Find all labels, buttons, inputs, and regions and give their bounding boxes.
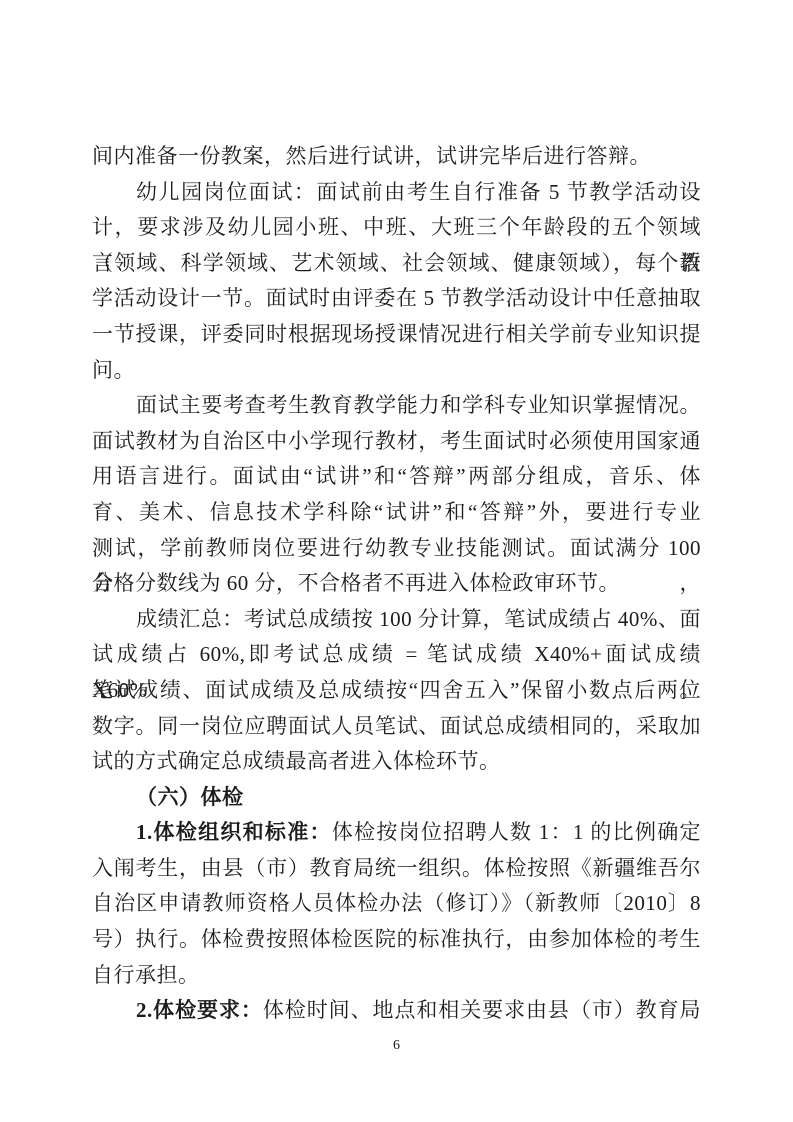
body-text-segment: 幼儿园岗位面试：面试前由考生自行准备 5 节教学活动设 (136, 180, 701, 204)
text-line: 面试教材为自治区中小学现行教材，考生面试时必须使用国家通 (92, 424, 701, 460)
body-text-segment: 入闱考生，由县（市）教育局统一组织。体检按照《新疆维吾尔 (92, 856, 701, 880)
body-text-segment: 间内准备一份教案，然后进行试讲，试讲完毕后进行答辩。 (92, 144, 651, 168)
text-line: 言领域、科学领域、艺术领域、社会领域、健康领域），每个教 (92, 246, 701, 282)
document-page: 间内准备一份教案，然后进行试讲，试讲完毕后进行答辩。幼儿园岗位面试：面试前由考生… (0, 0, 793, 1122)
text-line: 育、美术、信息技术学科除“试讲”和“答辩”外，要进行专业 (92, 495, 701, 531)
body-text-segment: 试的方式确定总成绩最高者进入体检环节。 (92, 749, 501, 773)
text-line: （六）体检 (92, 780, 701, 816)
text-line: 笔试成绩、面试成绩及总成绩按“四舍五入”保留小数点后两位 (92, 673, 701, 709)
body-text-segment: 自治区申请教师资格人员体检办法（修订）》（新教师〔2010〕8 (92, 891, 701, 915)
body-text-segment: 笔试成绩、面试成绩及总成绩按“四舍五入”保留小数点后两位 (92, 678, 701, 702)
body-text-segment: 自行承担。 (92, 963, 200, 987)
body-text-segment: 数字。同一岗位应聘面试人员笔试、面试总成绩相同的，采取加 (92, 714, 701, 738)
text-line: 号）执行。体检费按照体检医院的标准执行，由参加体检的考生 (92, 922, 701, 958)
text-line: 成绩汇总：考试总成绩按 100 分计算，笔试成绩占 40%、面 (92, 602, 701, 638)
text-line: 数字。同一岗位应聘面试人员笔试、面试总成绩相同的，采取加 (92, 709, 701, 745)
text-line: 自行承担。 (92, 958, 701, 994)
body-text-segment: 育、美术、信息技术学科除“试讲”和“答辩”外，要进行专业 (92, 500, 701, 524)
text-line: 试的方式确定总成绩最高者进入体检环节。 (92, 744, 701, 780)
body-text-segment: 学活动设计一节。面试时由评委在 5 节教学活动设计中任意抽取 (92, 286, 701, 310)
text-line: 2.体检要求：体检时间、地点和相关要求由县（市）教育局 (92, 993, 701, 1029)
body-text-segment: 问。 (92, 358, 135, 382)
bold-text: 1.体检组织和标准： (136, 820, 332, 844)
body-text-segment: 合格分数线为 60 分，不合格者不再进入体检政审环节。 (92, 571, 620, 595)
document-body: 间内准备一份教案，然后进行试讲，试讲完毕后进行答辩。幼儿园岗位面试：面试前由考生… (92, 139, 701, 1029)
text-line: 幼儿园岗位面试：面试前由考生自行准备 5 节教学活动设 (92, 175, 701, 211)
text-line: 入闱考生，由县（市）教育局统一组织。体检按照《新疆维吾尔 (92, 851, 701, 887)
bold-text: （六）体检 (136, 785, 244, 809)
text-line: 试成绩占 60%,即考试总成绩 = 笔试成绩 X40%+面试成绩 X60%。 (92, 637, 701, 673)
text-line: 测试，学前教师岗位要进行幼教专业技能测试。面试满分 100 分， (92, 531, 701, 567)
body-text-segment: 号）执行。体检费按照体检医院的标准执行，由参加体检的考生 (92, 927, 701, 951)
body-text-segment: 一节授课，评委同时根据现场授课情况进行相关学前专业知识提 (92, 322, 701, 346)
text-line: 学活动设计一节。面试时由评委在 5 节教学活动设计中任意抽取 (92, 281, 701, 317)
text-line: 自治区申请教师资格人员体检办法（修订）》（新教师〔2010〕8 (92, 886, 701, 922)
body-text-segment: 面试主要考查考生教育教学能力和学科专业知识掌握情况。 (136, 393, 701, 417)
text-line: 间内准备一份教案，然后进行试讲，试讲完毕后进行答辩。 (92, 139, 701, 175)
text-line: 合格分数线为 60 分，不合格者不再进入体检政审环节。 (92, 566, 701, 602)
text-line: 一节授课，评委同时根据现场授课情况进行相关学前专业知识提 (92, 317, 701, 353)
body-text-segment: 成绩汇总：考试总成绩按 100 分计算，笔试成绩占 40%、面 (136, 607, 701, 631)
text-line: 问。 (92, 353, 701, 389)
text-line: 1.体检组织和标准：体检按岗位招聘人数 1：1 的比例确定 (92, 815, 701, 851)
page-number: 6 (0, 1036, 793, 1056)
text-line: 用语言进行。面试由“试讲”和“答辩”两部分组成，音乐、体 (92, 459, 701, 495)
body-text-segment: 体检按岗位招聘人数 1：1 的比例确定 (332, 820, 701, 844)
body-text-segment: 用语言进行。面试由“试讲”和“答辩”两部分组成，音乐、体 (92, 464, 701, 488)
text-line: 计，要求涉及幼儿园小班、中班、大班三个年龄段的五个领域（语 (92, 210, 701, 246)
text-line: 面试主要考查考生教育教学能力和学科专业知识掌握情况。 (92, 388, 701, 424)
body-text-segment: 言领域、科学领域、艺术领域、社会领域、健康领域），每个教 (92, 251, 701, 275)
body-text-segment: 面试教材为自治区中小学现行教材，考生面试时必须使用国家通 (92, 429, 701, 453)
body-text-segment: 体检时间、地点和相关要求由县（市）教育局 (263, 998, 701, 1022)
bold-text: 2.体检要求： (136, 998, 263, 1022)
